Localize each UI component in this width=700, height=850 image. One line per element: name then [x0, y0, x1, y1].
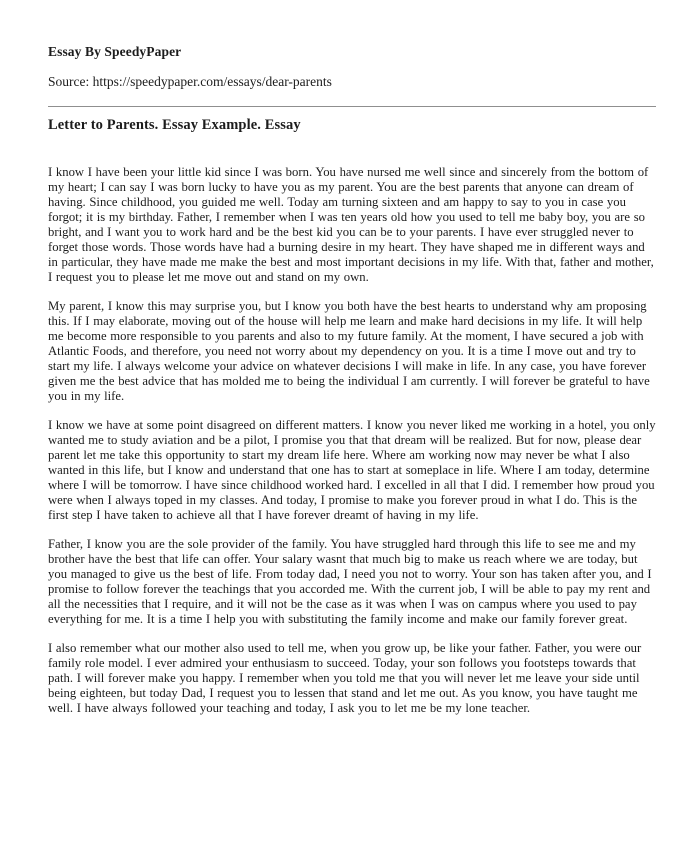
document-page: Essay By SpeedyPaper Source: https://spe…: [0, 0, 700, 850]
essay-body: I know I have been your little kid since…: [48, 165, 656, 716]
source-url[interactable]: https://speedypaper.com/essays/dear-pare…: [93, 74, 332, 89]
essay-paragraph-1: I know I have been your little kid since…: [48, 165, 656, 285]
essay-paragraph-5: I also remember what our mother also use…: [48, 641, 656, 716]
source-line: Source: https://speedypaper.com/essays/d…: [48, 74, 656, 89]
source-label: Source:: [48, 74, 89, 89]
essay-paragraph-3: I know we have at some point disagreed o…: [48, 418, 656, 523]
brand-title: Essay By SpeedyPaper: [48, 44, 656, 59]
document-header: Essay By SpeedyPaper Source: https://spe…: [48, 44, 656, 89]
essay-paragraph-4: Father, I know you are the sole provider…: [48, 537, 656, 627]
header-divider: [48, 106, 656, 107]
document-title: Letter to Parents. Essay Example. Essay: [48, 117, 656, 133]
essay-paragraph-2: My parent, I know this may surprise you,…: [48, 299, 656, 404]
